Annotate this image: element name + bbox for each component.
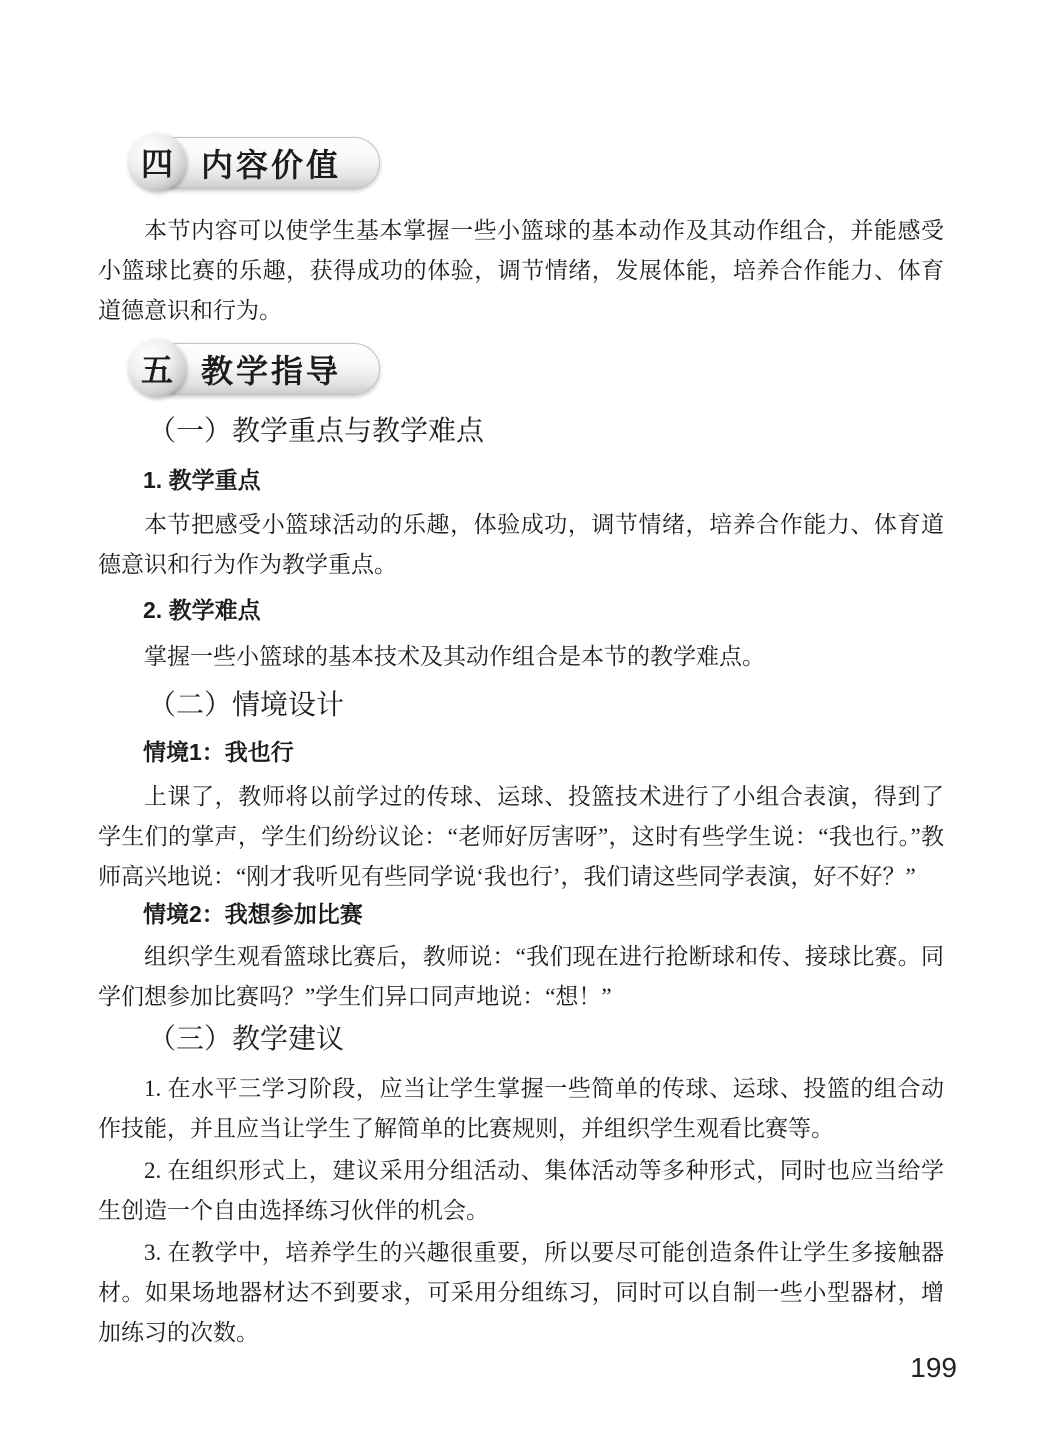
badge-number: 五 — [141, 345, 173, 391]
suggestion-paragraph-3: 3. 在教学中，培养学生的兴趣很重要，所以要尽可能创造条件让学生多接触器材。如果… — [98, 1233, 944, 1353]
suggestion-paragraph-1: 1. 在水平三学习阶段，应当让学生掌握一些简单的传球、运球、投篮的组合动作技能，… — [98, 1069, 944, 1149]
section-teaching-guidance: 教学指导 五 （一）教学重点与教学难点 1. 教学重点 本节把感受小篮球活动的乐… — [98, 339, 944, 1353]
scenario1-paragraph: 上课了，教师将以前学过的传球、运球、投篮技术进行了小组合表演，得到了学生们的掌声… — [98, 777, 944, 897]
teaching-focus-paragraph: 本节把感受小篮球活动的乐趣，体验成功，调节情绪，培养合作能力、体育道德意识和行为… — [98, 505, 944, 585]
subsection-heading-1: （一）教学重点与教学难点 — [148, 413, 944, 451]
badge-number-circle: 五 — [128, 339, 186, 397]
content-value-paragraph: 本节内容可以使学生基本掌握一些小篮球的基本动作及其动作组合，并能感受小篮球比赛的… — [98, 211, 944, 331]
point-heading-teaching-difficulty: 2. 教学难点 — [143, 595, 944, 625]
badge-number: 四 — [141, 139, 173, 185]
badge-pill: 内容价值 — [152, 137, 380, 189]
scenario1-heading: 情境1：我也行 — [143, 737, 944, 767]
badge-title: 内容价值 — [201, 140, 341, 186]
book-page: 内容价值 四 本节内容可以使学生基本掌握一些小篮球的基本动作及其动作组合，并能感… — [0, 0, 1038, 1452]
badge-number-circle: 四 — [128, 133, 186, 191]
scenario2-paragraph: 组织学生观看篮球比赛后，教师说：“我们现在进行抢断球和传、接球比赛。同学们想参加… — [98, 937, 944, 1017]
scenario2-heading: 情境2：我想参加比赛 — [143, 899, 944, 929]
point-heading-teaching-focus: 1. 教学重点 — [143, 465, 944, 495]
suggestion-paragraph-2: 2. 在组织形式上，建议采用分组活动、集体活动等多种形式，同时也应当给学生创造一… — [98, 1151, 944, 1231]
badge-title: 教学指导 — [201, 346, 341, 392]
page-number: 199 — [910, 1352, 957, 1384]
badge-pill: 教学指导 — [152, 343, 380, 395]
subsection-heading-3: （三）教学建议 — [148, 1021, 944, 1059]
section-content-value: 内容价值 四 本节内容可以使学生基本掌握一些小篮球的基本动作及其动作组合，并能感… — [98, 133, 944, 331]
teaching-difficulty-paragraph: 掌握一些小篮球的基本技术及其动作组合是本节的教学难点。 — [98, 637, 944, 677]
subsection-heading-2: （二）情境设计 — [148, 687, 944, 725]
page-content: 内容价值 四 本节内容可以使学生基本掌握一些小篮球的基本动作及其动作组合，并能感… — [98, 133, 944, 1353]
